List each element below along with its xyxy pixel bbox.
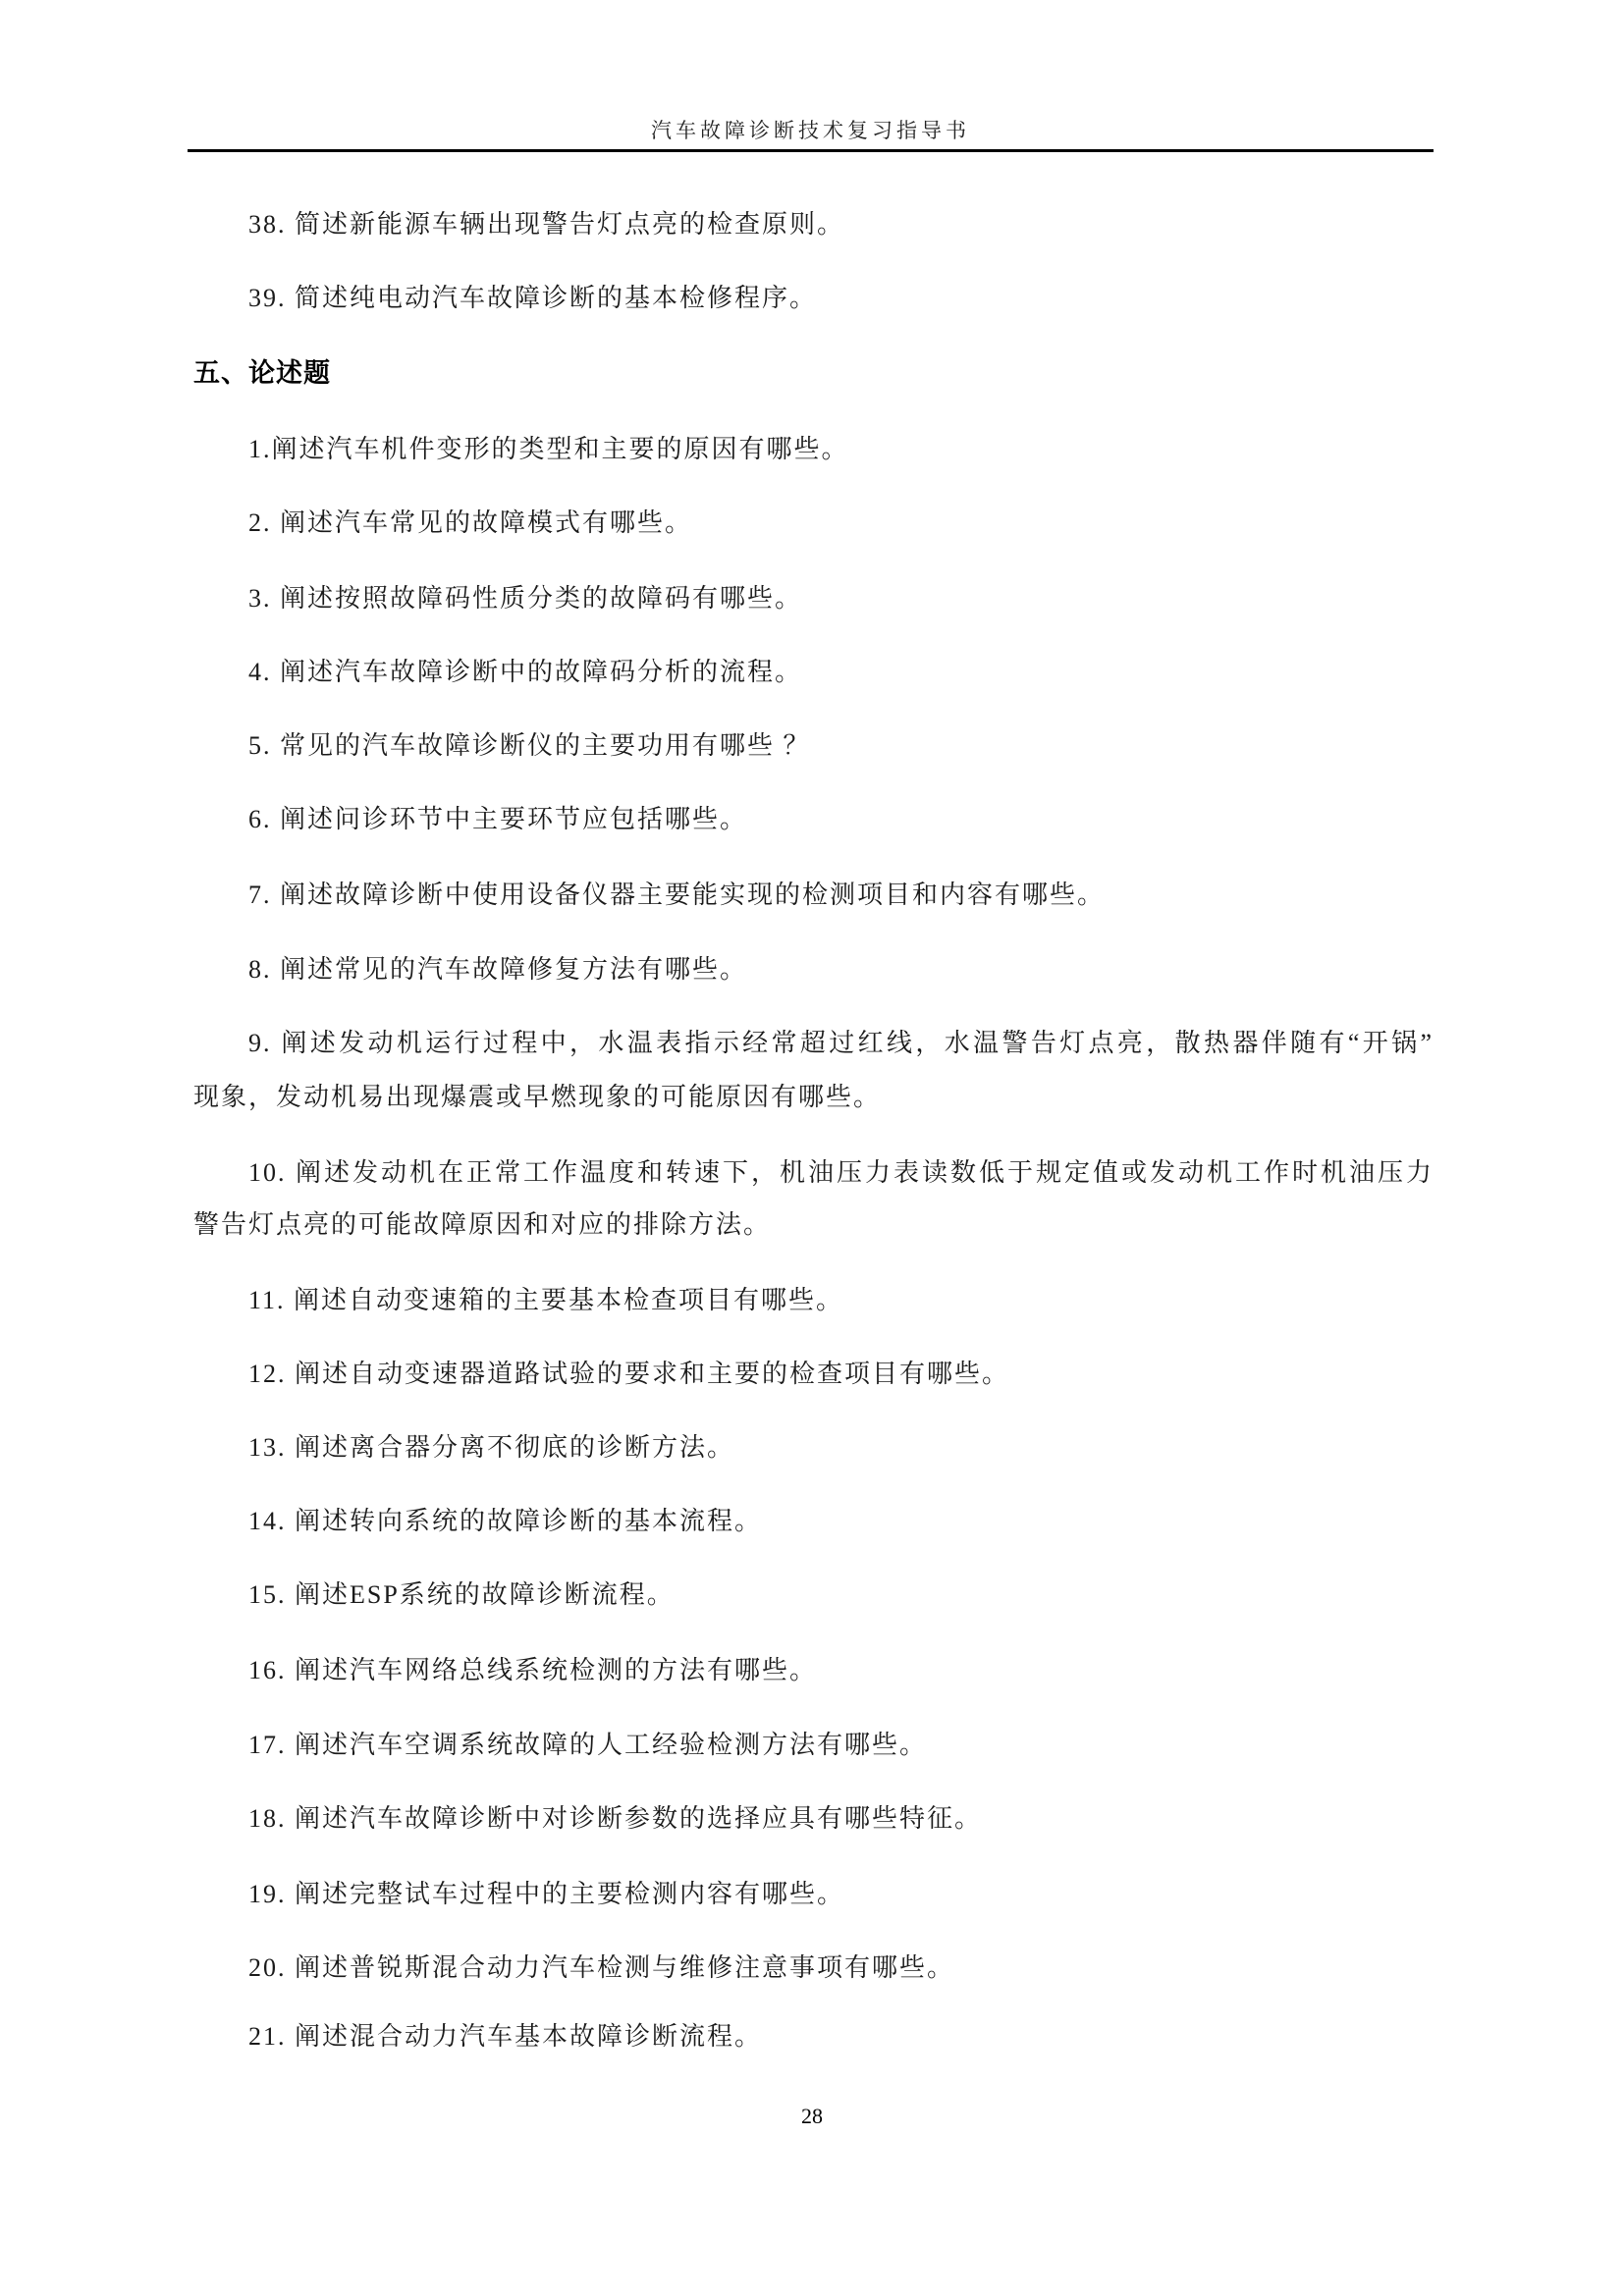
essay-question-5: 5. 常见的汽车故障诊断仪的主要功用有哪些 ？ [248,730,811,762]
essay-question-20: 20. 阐述普锐斯混合动力汽车检测与维修注意事项有哪些。 [248,1952,954,1984]
question-item-38: 38. 简述新能源车辆出现警告灯点亮的检查原则。 [248,209,844,240]
essay-question-13: 13. 阐述离合器分离不彻底的诊断方法。 [248,1432,734,1464]
essay-question-17: 17. 阐述汽车空调系统故障的人工经验检测方法有哪些。 [248,1730,927,1761]
essay-question-10: 10. 阐述发动机在正常工作温度和转速下，机油压力表读数低于规定值或发动机工作时… [248,1157,1434,1189]
essay-question-4: 4. 阐述汽车故障诊断中的故障码分析的流程。 [248,657,802,688]
essay-question-12: 12. 阐述自动变速器道路试验的要求和主要的检查项目有哪些。 [248,1359,1009,1390]
essay-question-8: 8. 阐述常见的汽车故障修复方法有哪些。 [248,954,747,986]
essay-question-16: 16. 阐述汽车网络总线系统检测的方法有哪些。 [248,1655,817,1686]
essay-question-1: 1.阐述汽车机件变形的类型和主要的原因有哪些。 [248,434,849,465]
running-header: 汽车故障诊断技术复习指导书 [188,116,1434,145]
essay-question-2: 2. 阐述汽车常见的故障模式有哪些。 [248,507,692,539]
essay-question-18: 18. 阐述汽车故障诊断中对诊断参数的选择应具有哪些特征。 [248,1803,982,1835]
essay-question-3: 3. 阐述按照故障码性质分类的故障码有哪些。 [248,583,802,614]
header-divider [188,149,1434,152]
essay-question-14: 14. 阐述转向系统的故障诊断的基本流程。 [248,1506,762,1537]
essay-question-11: 11. 阐述自动变速箱的主要基本检查项目有哪些。 [248,1285,843,1316]
essay-question-9: 9. 阐述发动机运行过程中，水温表指示经常超过红线，水温警告灯点亮，散热器伴随有… [248,1028,1434,1059]
document-page: 汽车故障诊断技术复习指导书 38. 简述新能源车辆出现警告灯点亮的检查原则。 3… [0,0,1624,2296]
essay-question-10-continuation: 警告灯点亮的可能故障原因和对应的排除方法。 [193,1209,771,1241]
essay-question-7: 7. 阐述故障诊断中使用设备仪器主要能实现的检测项目和内容有哪些。 [248,880,1105,911]
essay-question-21: 21. 阐述混合动力汽车基本故障诊断流程。 [248,2021,762,2053]
question-item-39: 39. 简述纯电动汽车故障诊断的基本检修程序。 [248,283,817,314]
essay-question-9-continuation: 现象，发动机易出现爆震或早燃现象的可能原因有哪些。 [193,1082,881,1113]
essay-question-15: 15. 阐述ESP系统的故障诊断流程。 [248,1579,675,1611]
section-heading: 五、论述题 [193,357,331,389]
page-number: 28 [0,2103,1624,2130]
essay-question-6: 6. 阐述问诊环节中主要环节应包括哪些。 [248,804,747,835]
essay-question-19: 19. 阐述完整试车过程中的主要检测内容有哪些。 [248,1879,844,1910]
